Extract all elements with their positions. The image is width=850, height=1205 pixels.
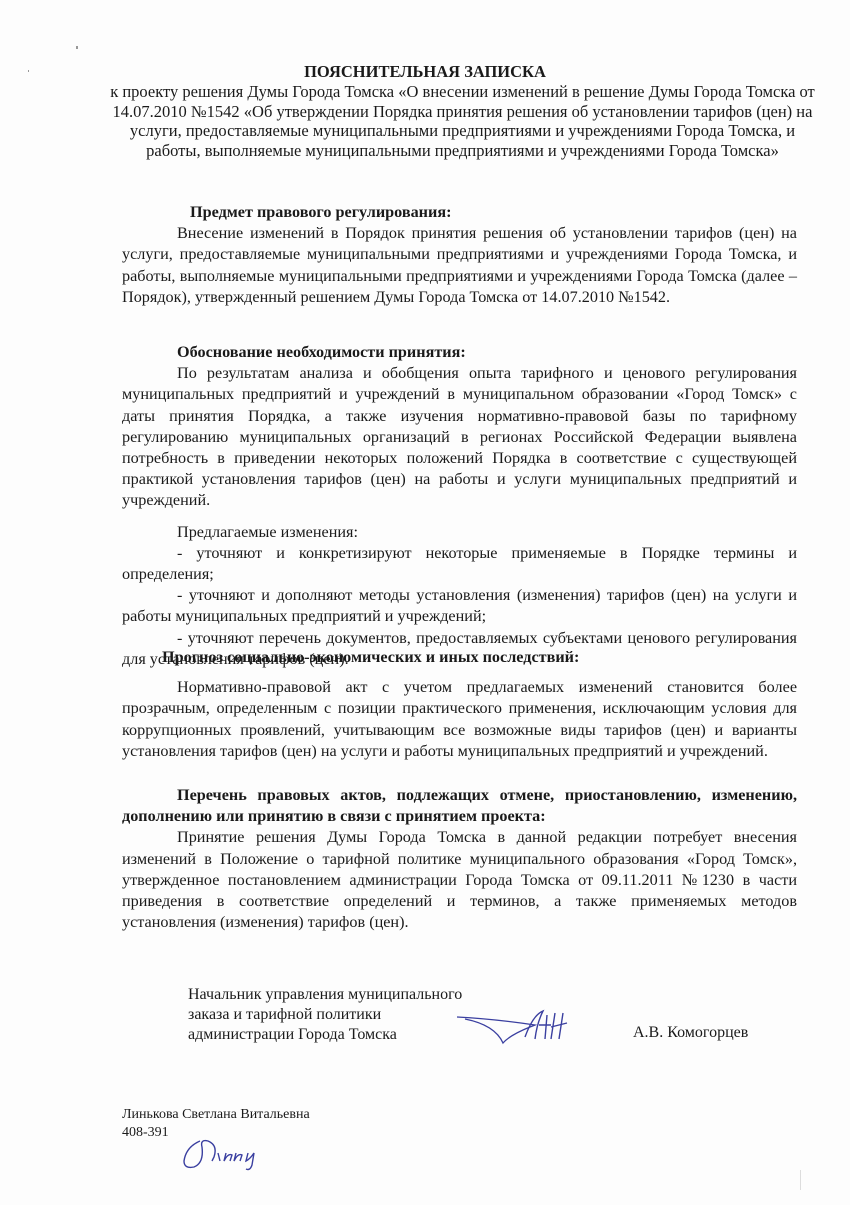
list-item: - уточняют и конкретизируют некоторые пр… <box>122 543 797 585</box>
section-legal-acts: Перечень правовых актов, подлежащих отме… <box>122 785 797 933</box>
position-line: администрации Города Томска <box>188 1025 462 1045</box>
document-title: ПОЯСНИТЕЛЬНАЯ ЗАПИСКА <box>0 62 850 82</box>
position-line: заказа и тарифной политики <box>188 1005 462 1025</box>
scanned-page: ПОЯСНИТЕЛЬНАЯ ЗАПИСКА к проекту решения … <box>0 0 850 1205</box>
signatory-position: Начальник управления муниципального зака… <box>188 985 462 1045</box>
section-justification: Обоснование необходимости принятия: По р… <box>122 342 797 670</box>
handwritten-signature-icon <box>178 1133 268 1178</box>
scan-speck <box>76 46 78 49</box>
section-paragraph: Принятие решения Думы Города Томска в да… <box>122 827 797 933</box>
scan-speck <box>800 1170 801 1190</box>
section-paragraph: По результатам анализа и обобщения опыта… <box>122 363 797 511</box>
section-forecast: Прогноз социально-экономических и иных п… <box>122 647 797 762</box>
section-heading: Прогноз социально-экономических и иных п… <box>122 647 797 668</box>
section-heading: Предмет правового регулирования: <box>122 202 797 223</box>
section-heading: Обоснование необходимости принятия: <box>122 342 797 363</box>
section-heading: Перечень правовых актов, подлежащих отме… <box>122 785 797 827</box>
list-item: - уточняют и дополняют методы установлен… <box>122 585 797 627</box>
section-paragraph: Нормативно-правовой акт с учетом предлаг… <box>122 677 797 762</box>
signatory-name: А.В. Комогорцев <box>633 1024 748 1042</box>
document-subtitle: к проекту решения Думы Города Томска «О … <box>110 82 815 160</box>
section-paragraph: Внесение изменений в Порядок принятия ре… <box>122 223 797 308</box>
list-intro: Предлагаемые изменения: <box>122 522 797 543</box>
section-subject: Предмет правового регулирования: Внесени… <box>122 202 797 308</box>
position-line: Начальник управления муниципального <box>188 985 462 1005</box>
executor-name: Линькова Светлана Витальевна <box>122 1106 310 1124</box>
handwritten-signature-icon <box>455 1005 595 1055</box>
